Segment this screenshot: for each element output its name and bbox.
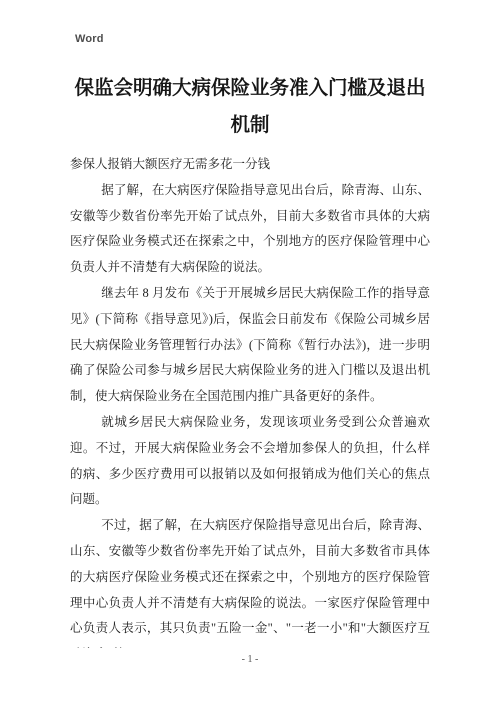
body-paragraph-4: 不过，据了解，在大病医疗保险指导意见出台后，除青海、山东、安徽等少数省份率先开始… (70, 513, 430, 648)
document-page: Word 保监会明确大病保险业务准入门槛及退出机制 参保人报销大额医疗无需多花一… (0, 0, 500, 707)
document-body-text-region[interactable]: 参保人报销大额医疗无需多花一分钱 据了解，在大病医疗保险指导意见出台后，除青海、… (70, 152, 430, 648)
body-paragraph-2: 继去年 8 月发布《关于开展城乡居民大病保险工作的指导意见》(下简称《指导意见》… (70, 281, 430, 410)
word-document-preview: { "app": { "label": "Word" }, "document"… (0, 0, 500, 707)
word-app-label: Word (75, 33, 104, 45)
body-paragraph-1: 据了解，在大病医疗保险指导意见出台后，除青海、山东、安徽等少数省份率先开始了试点… (70, 178, 430, 281)
body-paragraph-3: 就城乡居民大病保险业务，发现该项业务受到公众普遍欢迎。不过，开展大病保险业务会不… (70, 410, 430, 513)
page-number: - 1 - (0, 654, 500, 665)
document-title: 保监会明确大病保险业务准入门槛及退出机制 (70, 70, 430, 144)
lead-line: 参保人报销大额医疗无需多花一分钱 (70, 152, 430, 178)
